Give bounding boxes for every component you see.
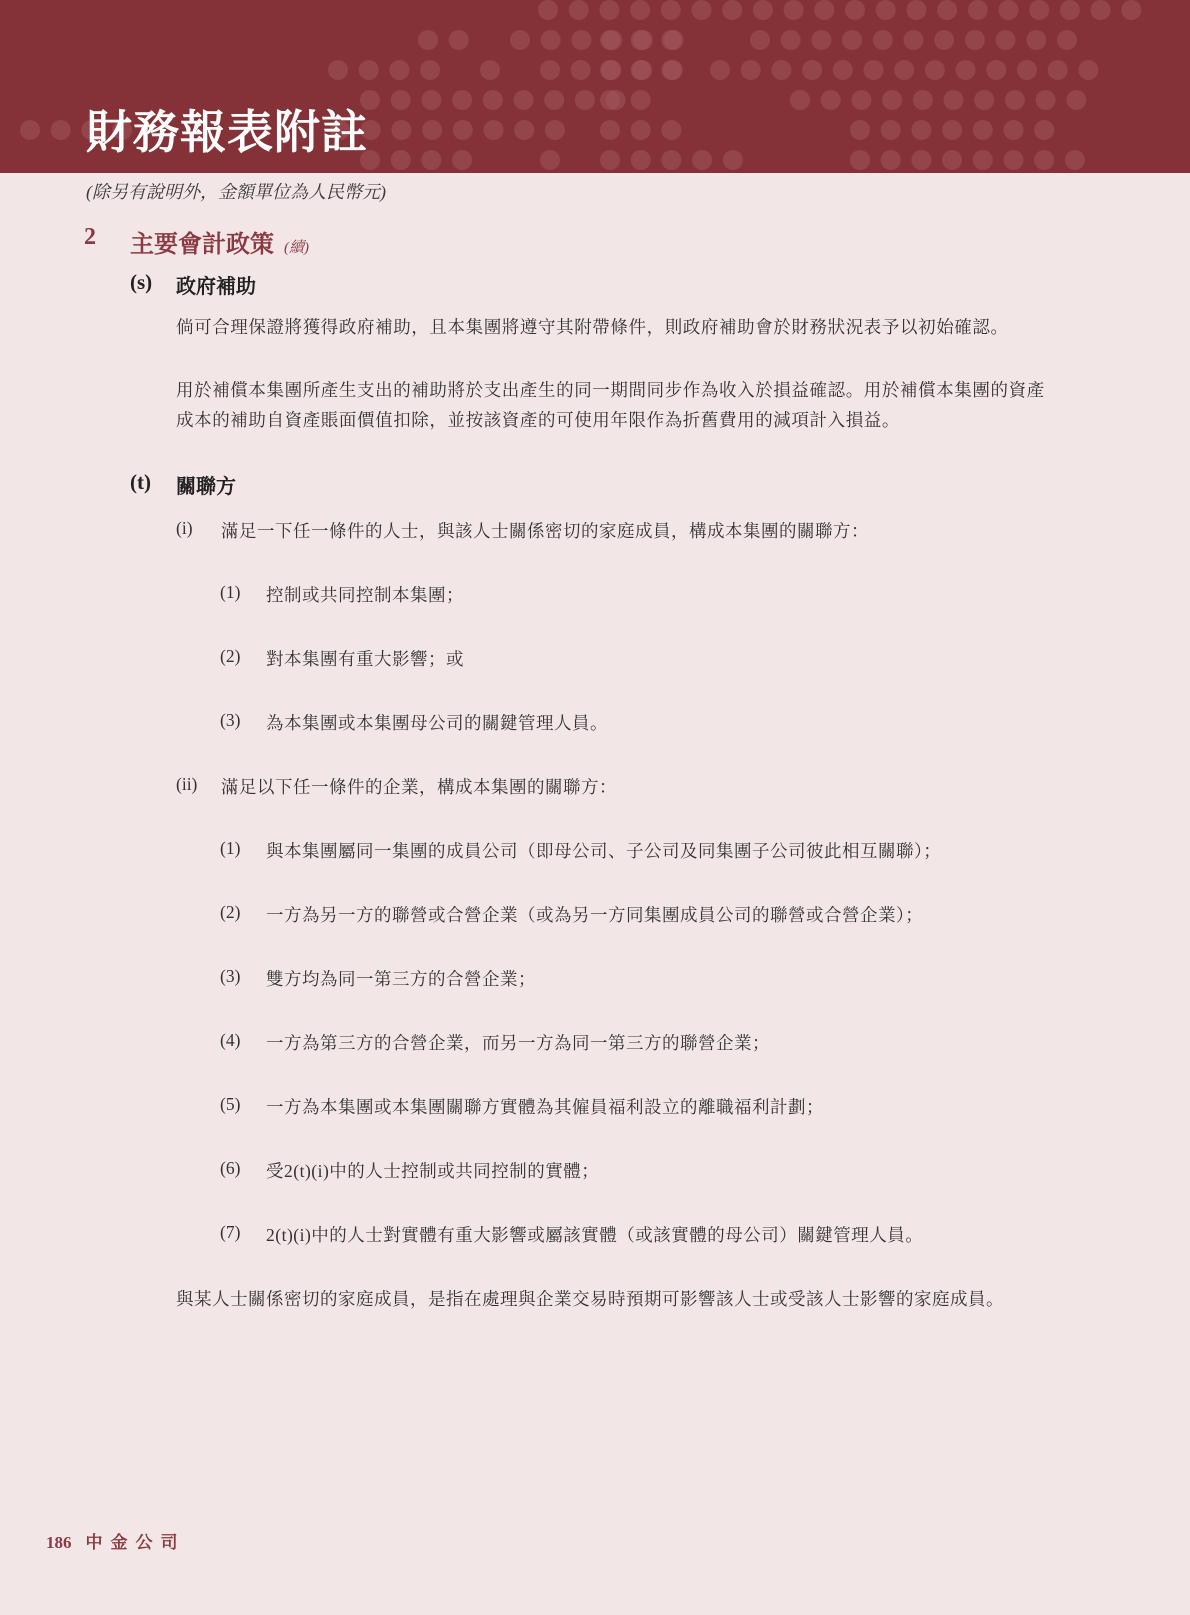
list-item-label: (4): [220, 1030, 240, 1051]
list-item-label: (1): [220, 582, 240, 603]
list-item: 2(t)(i)中的人士對實體有重大影響或屬該實體（或該實體的母公司）關鍵管理人員…: [266, 1222, 923, 1247]
paragraph-s-2: 用於補償本集團所產生支出的補助將於支出產生的同一期間同步作為收入於損益確認。用於…: [176, 375, 1045, 435]
continued-label: (續): [284, 240, 309, 256]
list-item: 一方為本集團或本集團關聯方實體為其僱員福利設立的離職福利計劃；: [266, 1094, 824, 1119]
list-item: 為本集團或本集團母公司的關鍵管理人員。: [266, 710, 608, 735]
list-item: 對本集團有重大影響；或: [266, 646, 464, 671]
list-item: 一方為第三方的合營企業，而另一方為同一第三方的聯營企業；: [266, 1030, 770, 1055]
section-title: 主要會計政策(續): [130, 224, 309, 259]
part-ii-text: 滿足以下任一條件的企業，構成本集團的關聯方：: [221, 774, 617, 799]
paragraph-line: 用於補償本集團所產生支出的補助將於支出產生的同一期間同步作為收入於損益確認。用於…: [176, 375, 1045, 405]
list-item-label: (3): [220, 966, 240, 987]
list-item: 與本集團屬同一集團的成員公司（即母公司、子公司及同集團子公司彼此相互關聯）；: [266, 838, 941, 863]
subsection-t-label: (t): [130, 470, 151, 495]
paragraph-line: 倘可合理保證將獲得政府補助，且本集團將遵守其附帶條件，則政府補助會於財務狀況表予…: [176, 312, 1009, 342]
page-title: 財務報表附註: [86, 104, 368, 162]
list-item-label: (1): [220, 838, 240, 859]
part-i-label: (i): [176, 518, 193, 539]
list-item: 控制或共同控制本集團；: [266, 582, 464, 607]
list-item-label: (6): [220, 1158, 240, 1179]
paragraph-s-1: 倘可合理保證將獲得政府補助，且本集團將遵守其附帶條件，則政府補助會於財務狀況表予…: [176, 312, 1009, 342]
paragraph-line: 成本的補助自資產賬面價值扣除，並按該資產的可使用年限作為折舊費用的減項計入損益。: [176, 405, 1045, 435]
section-number: 2: [84, 224, 96, 251]
company-name: 中金公司: [86, 1533, 186, 1552]
subsection-t-title: 關聯方: [176, 470, 236, 499]
page-footer: 186中金公司: [46, 1528, 186, 1553]
header-banner: 財務報表附註: [0, 0, 1190, 173]
part-ii-label: (ii): [176, 774, 197, 795]
closing-paragraph: 與某人士關係密切的家庭成員，是指在處理與企業交易時預期可影響該人士或受該人士影響…: [176, 1286, 1004, 1311]
list-item: 一方為另一方的聯營或合營企業（或為另一方同集團成員公司的聯營或合營企業）；: [266, 902, 923, 927]
list-item-label: (2): [220, 902, 240, 923]
list-item: 受2(t)(i)中的人士控制或共同控制的實體；: [266, 1158, 599, 1183]
list-item-label: (5): [220, 1094, 240, 1115]
list-item-label: (7): [220, 1222, 240, 1243]
part-i-text: 滿足一下任一條件的人士，與該人士關係密切的家庭成員，構成本集團的關聯方：: [221, 518, 869, 543]
page-number: 186: [46, 1533, 72, 1552]
list-item: 雙方均為同一第三方的合營企業；: [266, 966, 536, 991]
currency-note: (除另有說明外，金額單位為人民幣元): [86, 178, 386, 204]
list-item-label: (2): [220, 646, 240, 667]
subsection-s-label: (s): [130, 270, 152, 295]
list-item-label: (3): [220, 710, 240, 731]
subsection-s-title: 政府補助: [176, 270, 256, 299]
section-title-text: 主要會計政策: [130, 232, 274, 258]
